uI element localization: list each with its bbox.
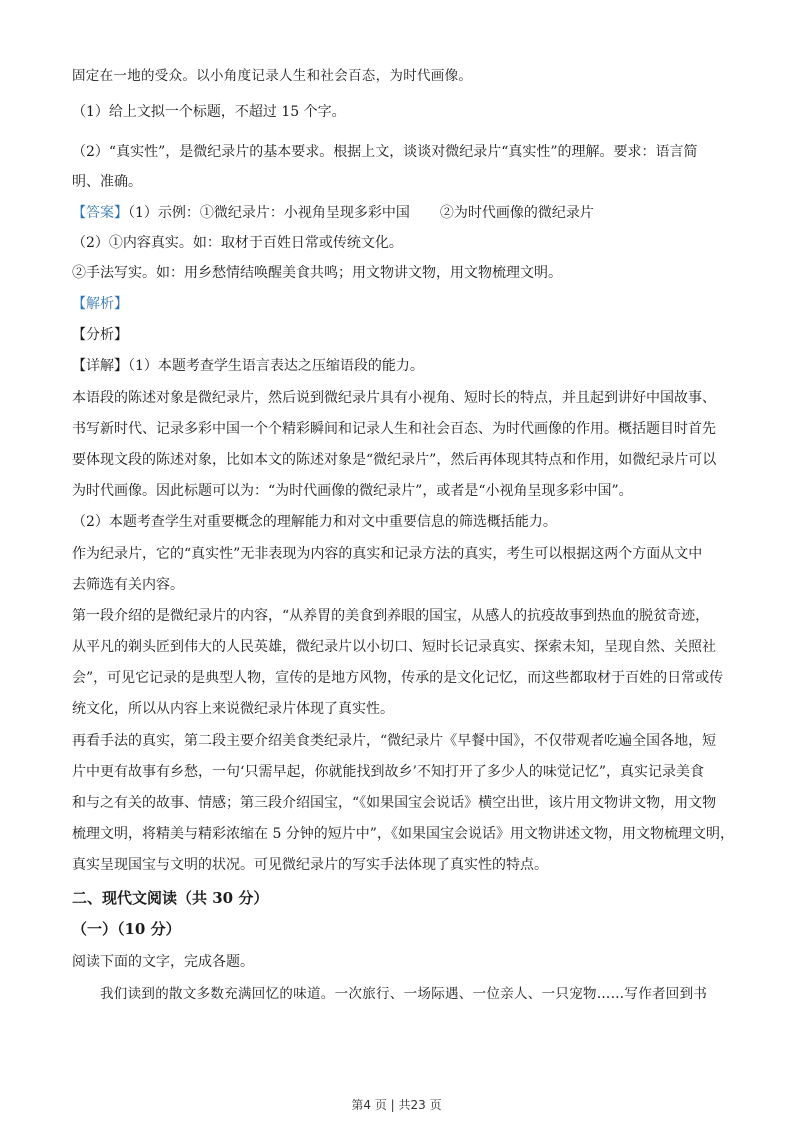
passage-first-line: 我们读到的散文多数充满回忆的味道。一次旅行、一场际遇、一位亲人、一只宠物……写作… (72, 984, 760, 1004)
detail-4-line-1: 再看手法的真实，第二段主要介绍美食类纪录片，“微纪录片《早餐中国》，不仅带观者吃… (72, 731, 732, 751)
analysis-label: 【解析】 (72, 294, 732, 314)
document-page: 固定在一地的受众。以小角度记录人生和社会百态，为时代画像。 （1）给上文拟一个标… (0, 0, 793, 1122)
detail-3-line-1: 第一段介绍的是微纪录片的内容，“从养胃的美食到养眼的国宝，从感人的抗疫故事到热血… (72, 606, 732, 626)
reading-instruction: 阅读下面的文字，完成各题。 (72, 952, 732, 972)
answer-2-point-2: ②手法写实。如：用乡愁情结唤醒美食共鸣；用文物讲文物，用文物梳理文明。 (72, 263, 732, 283)
detail-1-line-1: 本语段的陈述对象是微纪录片，然后说到微纪录片具有小视角、短时长的特点，并且起到讲… (72, 388, 732, 408)
question-2-line-1: （2）“真实性”，是微纪录片的基本要求。根据上文，谈谈对微纪录片“真实性”的理解… (72, 142, 732, 162)
question-2-line-2: 明、准确。 (72, 172, 732, 192)
detail-heading-1: 【详解】（1）本题考查学生语言表达之压缩语段的能力。 (72, 356, 732, 376)
detail-heading-2: （2）本题考查学生对重要概念的理解能力和对文中重要信息的筛选概括能力。 (72, 512, 732, 532)
passage-tail: 固定在一地的受众。以小角度记录人生和社会百态，为时代画像。 (72, 66, 732, 86)
section-title: 二、现代文阅读（共 30 分） (72, 888, 732, 908)
detail-4-line-5: 真实呈现国宝与文明的状况。可见微纪录片的写实手法体现了真实性的特点。 (72, 855, 732, 875)
detail-1-line-3: 要体现文段的陈述对象，比如本文的陈述对象是“微纪录片”，然后再体现其特点和作用，… (72, 450, 732, 470)
page-footer: 第4 页 | 共23 页 (0, 1096, 793, 1113)
detail-4-line-3: 和与之有关的故事、情感；第三段介绍国宝，“《如果国宝会说话》横空出世，该片用文物… (72, 793, 732, 813)
detail-3-line-4: 统文化，所以从内容上来说微纪录片体现了真实性。 (72, 699, 732, 719)
answer-label: 【答案】 (72, 205, 128, 221)
fenxi-label: 【分析】 (72, 325, 732, 345)
detail-2-line-2: 去筛选有关内容。 (72, 575, 732, 595)
detail-1-line-4: 为时代画像。因此标题可以为：“为时代画像的微纪录片”，或者是“小视角呈现多彩中国… (72, 481, 732, 501)
detail-1-line-2: 书写新时代、记录多彩中国一个个精彩瞬间和记录人生和社会百态、为时代画像的作用。概… (72, 419, 732, 439)
answer-1-example-b: ②为时代画像的微纪录片 (440, 205, 594, 221)
detail-2-line-1: 作为纪录片，它的“真实性”无非表现为内容的真实和记录方法的真实，考生可以根据这两… (72, 544, 732, 564)
answer-line-1: 【答案】（1）示例：①微纪录片：小视角呈现多彩中国②为时代画像的微纪录片 (72, 203, 732, 223)
answer-1-example-a: （1）示例：①微纪录片：小视角呈现多彩中国 (128, 205, 410, 221)
detail-4-line-2: 片中更有故事有乡愁，一句‘只需早起，你就能找到故乡’不知打开了多少人的味觉记忆”… (72, 762, 732, 782)
subsection-title: （一）（10 分） (72, 919, 732, 939)
detail-3-line-3: 会”，可见它记录的是典型人物，宣传的是地方风物，传承的是文化记忆，而这些都取材于… (72, 668, 732, 688)
detail-4-line-4: 梳理文明，将精美与精彩浓缩在 5 分钟的短片中”，《如果国宝会说话》用文物讲述文… (72, 824, 732, 844)
detail-3-line-2: 从平凡的剃头匠到伟大的人民英雄，微纪录片以小切口、短时长记录真实、探索未知，呈现… (72, 637, 732, 657)
answer-2-point-1: （2）①内容真实。如：取材于百姓日常或传统文化。 (72, 233, 732, 253)
question-1: （1）给上文拟一个标题，不超过 15 个字。 (72, 102, 732, 122)
